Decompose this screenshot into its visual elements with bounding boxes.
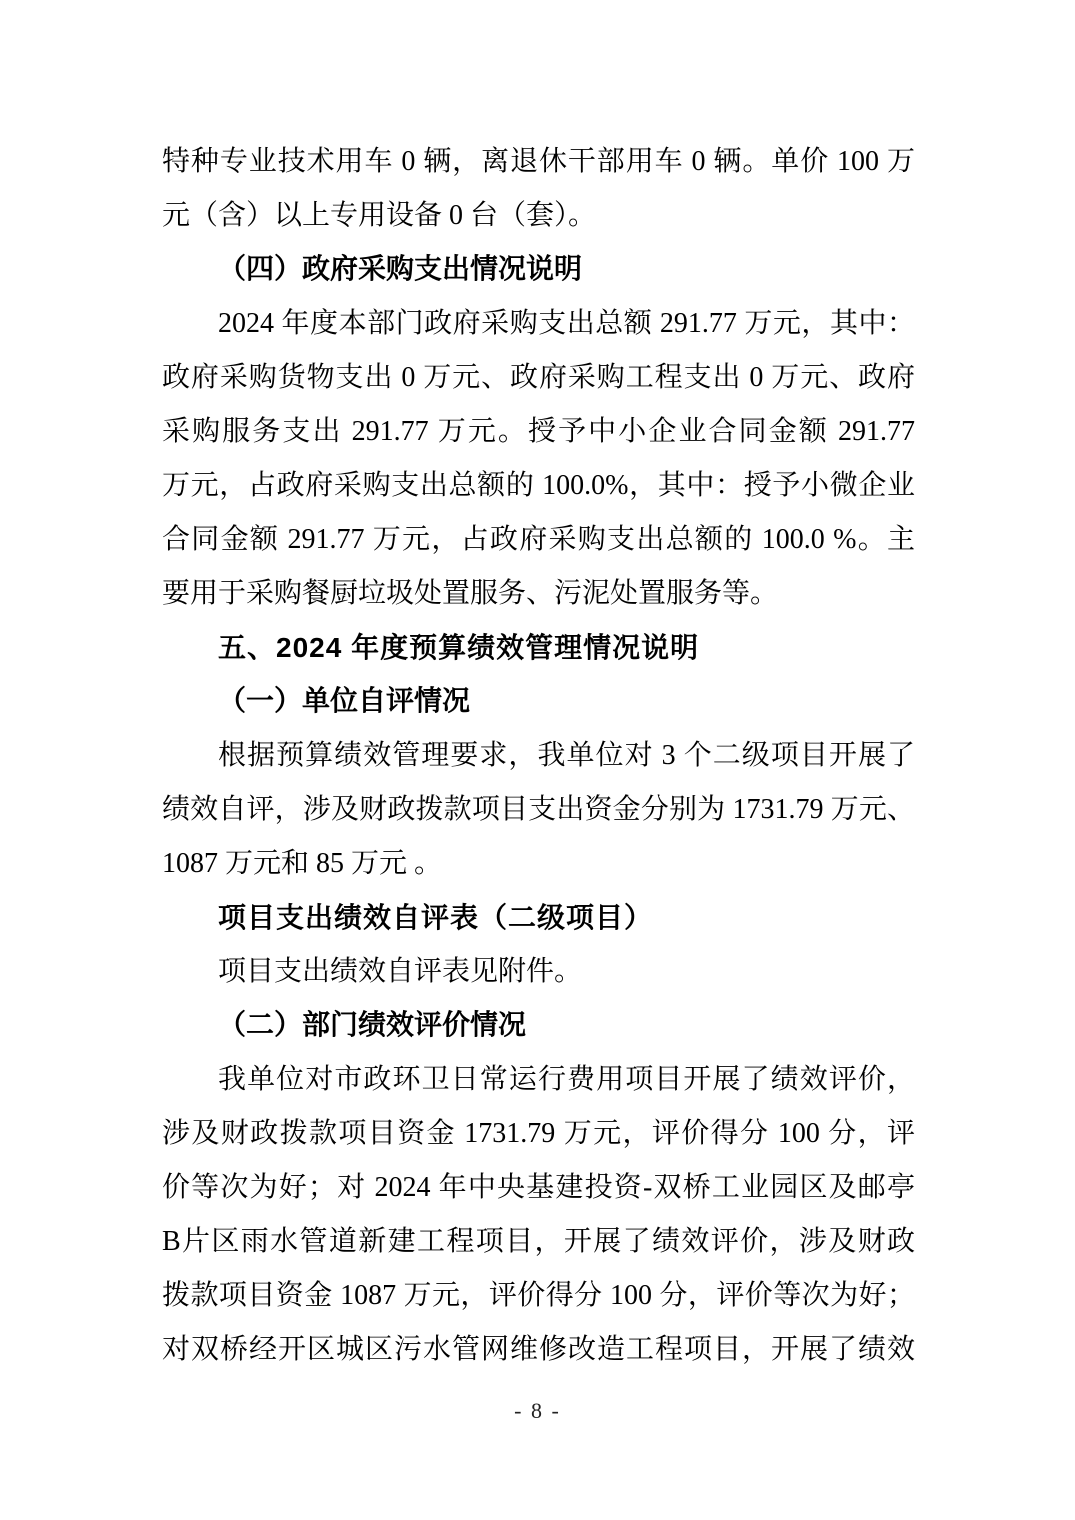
- body-line: 根据预算绩效管理要求，我单位对 3 个二级项目开展了: [162, 729, 915, 783]
- body-line: 价等次为好；对 2024 年中央基建投资-双桥工业园区及邮亭: [162, 1161, 915, 1215]
- page-number: - 8 -: [0, 1398, 1075, 1424]
- subsection-heading-4: （四）政府采购支出情况说明: [162, 243, 915, 297]
- body-line: 拨款项目资金 1087 万元，评价得分 100 分，评价等次为好；: [162, 1269, 915, 1323]
- body-line: 合同金额 291.77 万元，占政府采购支出总额的 100.0 %。主: [162, 513, 915, 567]
- body-line: 我单位对市政环卫日常运行费用项目开展了绩效评价，: [162, 1053, 915, 1107]
- body-line: 采购服务支出 291.77 万元。授予中小企业合同金额 291.77: [162, 405, 915, 459]
- table-title-heading: 项目支出绩效自评表（二级项目）: [162, 891, 915, 945]
- subsection-heading-2: （二）部门绩效评价情况: [162, 999, 915, 1053]
- page-content: 特种专业技术用车 0 辆，离退休干部用车 0 辆。单价 100 万 元（含）以上…: [162, 135, 915, 1377]
- body-line: 政府采购货物支出 0 万元、政府采购工程支出 0 万元、政府: [162, 351, 915, 405]
- body-line: 1087 万元和 85 万元 。: [162, 837, 915, 891]
- document-page: 特种专业技术用车 0 辆，离退休干部用车 0 辆。单价 100 万 元（含）以上…: [0, 0, 1075, 1520]
- body-line: 元（含）以上专用设备 0 台（套）。: [162, 189, 915, 243]
- section-heading-5: 五、2024 年度预算绩效管理情况说明: [162, 621, 915, 675]
- body-line: 对双桥经开区城区污水管网维修改造工程项目，开展了绩效: [162, 1323, 915, 1377]
- body-line: 要用于采购餐厨垃圾处置服务、污泥处置服务等。: [162, 567, 915, 621]
- body-line: 2024 年度本部门政府采购支出总额 291.77 万元，其中：: [162, 297, 915, 351]
- body-line: 特种专业技术用车 0 辆，离退休干部用车 0 辆。单价 100 万: [162, 135, 915, 189]
- subsection-heading-1: （一）单位自评情况: [162, 675, 915, 729]
- body-line: B片区雨水管道新建工程项目，开展了绩效评价，涉及财政: [162, 1215, 915, 1269]
- body-line: 涉及财政拨款项目资金 1731.79 万元，评价得分 100 分，评: [162, 1107, 915, 1161]
- body-line: 项目支出绩效自评表见附件。: [162, 945, 915, 999]
- body-line: 绩效自评，涉及财政拨款项目支出资金分别为 1731.79 万元、: [162, 783, 915, 837]
- body-line: 万元，占政府采购支出总额的 100.0%，其中：授予小微企业: [162, 459, 915, 513]
